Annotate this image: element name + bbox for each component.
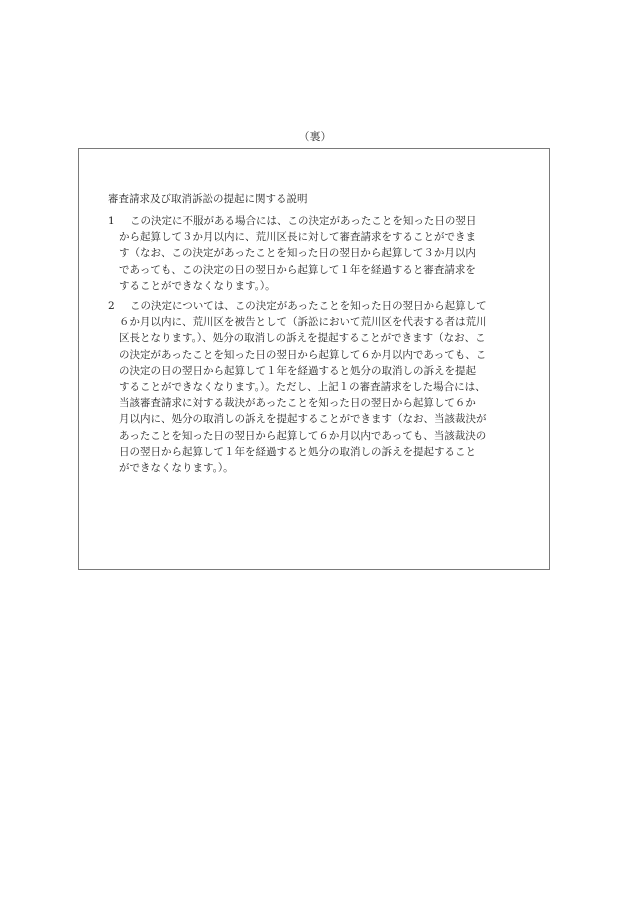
item-line: の決定の日の翌日から起算して１年を経過すると処分の取消しの訴えを提起 [108,363,528,379]
item-line: から起算して３か月以内に、荒川区長に対して審査請求をすることができま [108,229,528,245]
item-number: 1 [108,213,130,229]
item-line: の決定があったことを知った日の翌日から起算して６か月以内であっても、こ [108,347,528,363]
item-line: 月以内に、処分の取消しの訴えを提起することができます（なお、当該裁決が [108,411,528,427]
item-line: ができなくなります。）。 [108,460,528,476]
item-line: ６か月以内に、荒川区を被告として（訴訟において荒川区を代表する者は荒川 [108,314,528,330]
item-line: することができなくなります。）。ただし、上記１の審査請求をした場合には、 [108,379,528,395]
explanation-heading: 審査請求及び取消訴訟の提起に関する説明 [108,192,308,206]
item-line: 区長となります。）、処分の取消しの訴えを提起することができます（なお、こ [108,330,528,346]
item-line: することができなくなります。）。 [108,278,528,294]
page-label-back: （裏） [0,130,630,144]
item-line: 2この決定については、この決定があったことを知った日の翌日から起算して [108,298,528,314]
item-line: あったことを知った日の翌日から起算して６か月以内であっても、当該裁決の [108,428,528,444]
item-text: この決定については、この決定があったことを知った日の翌日から起算して [130,300,487,312]
item-line: 日の翌日から起算して１年を経過すると処分の取消しの訴えを提起すること [108,444,528,460]
item-line: であっても、この決定の日の翌日から起算して１年を経過すると審査請求を [108,262,528,278]
explanation-item-1: 1この決定に不服がある場合には、この決定があったことを知った日の翌日 から起算し… [108,213,528,294]
item-line: 当該審査請求に対する裁決があったことを知った日の翌日から起算して６か [108,395,528,411]
item-number: 2 [108,298,130,314]
explanation-item-2: 2この決定については、この決定があったことを知った日の翌日から起算して ６か月以… [108,298,528,476]
item-line: 1この決定に不服がある場合には、この決定があったことを知った日の翌日 [108,213,528,229]
item-line: す（なお、この決定があったことを知った日の翌日から起算して３か月以内 [108,245,528,261]
item-text: この決定に不服がある場合には、この決定があったことを知った日の翌日 [130,215,476,227]
